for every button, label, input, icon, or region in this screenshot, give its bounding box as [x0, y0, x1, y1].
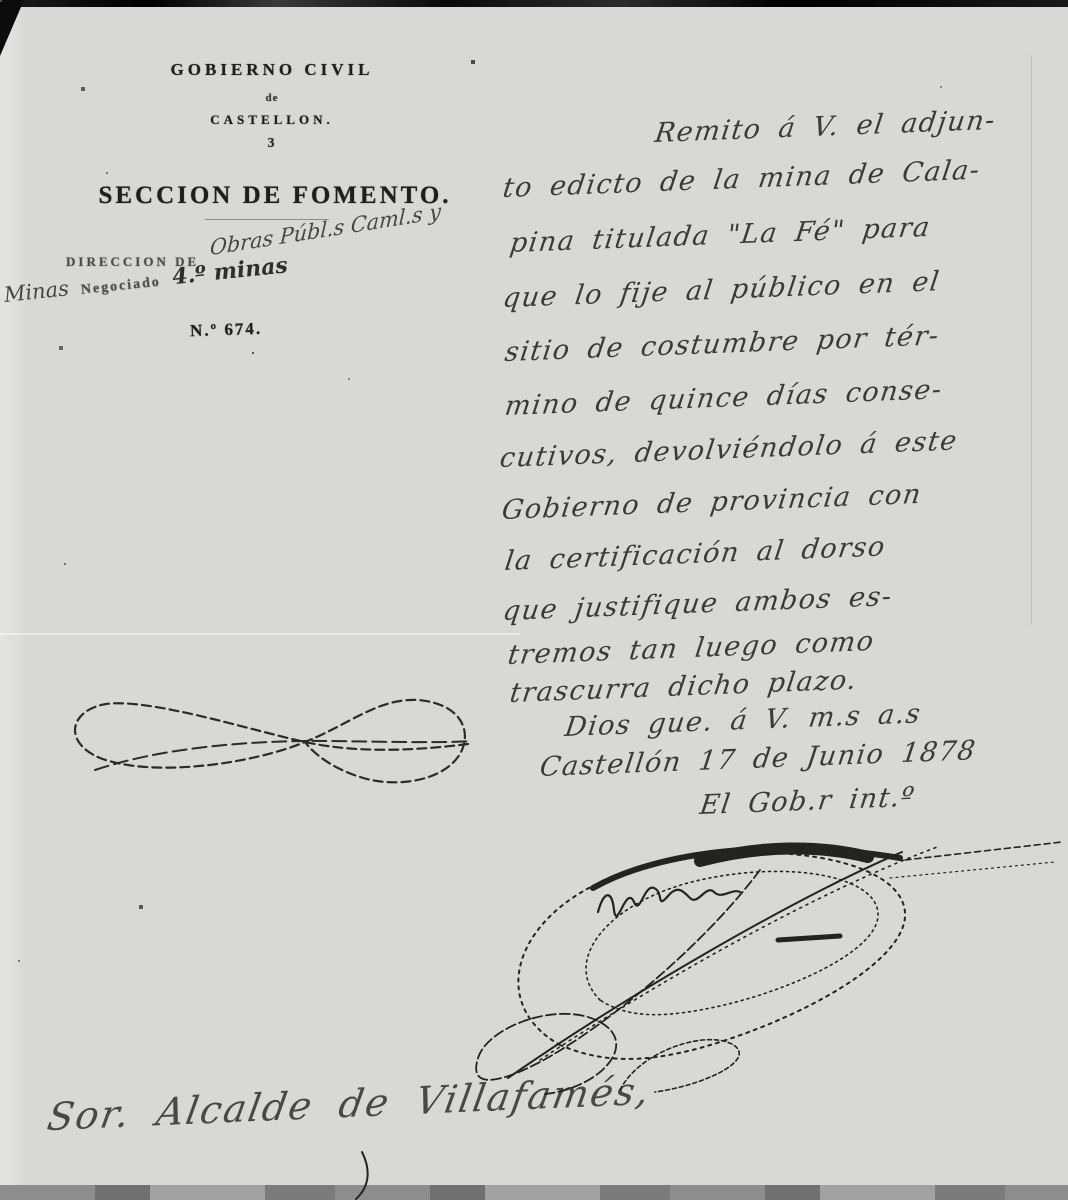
scanned-letter-page: GOBIERNO CIVIL de CASTELLON. 3 SECCION D…: [0, 0, 1068, 1200]
letterhead-org-line1: GOBIERNO CIVIL: [152, 60, 392, 80]
body-line: mino de quince días conse-: [503, 374, 945, 422]
body-line: Remito á V. el adjun-: [653, 105, 998, 149]
folded-corner: [0, 0, 24, 56]
body-line: cutivos, devolviéndolo á este: [498, 425, 960, 474]
addressee-line: Sor. Alcalde de Villafamés,: [44, 1069, 654, 1140]
page-edge-line: [1031, 55, 1032, 625]
reference-number: N.º 674.: [190, 319, 263, 342]
body-line: tremos tan luego como: [506, 626, 877, 671]
minas-handwritten: Minas: [3, 276, 70, 307]
closing-signer-title: El Gob.r int.º: [698, 782, 917, 821]
paper-specks: [0, 0, 2, 2]
governor-signature-flourish: [356, 842, 1062, 1199]
body-line: que lo fije al público en el: [501, 266, 942, 314]
body-line: to edicto de la mina de Cala-: [501, 155, 983, 205]
closing-dateline: Castellón 17 de Junio 1878: [538, 735, 978, 783]
negociado-label: Negociado: [80, 275, 161, 298]
body-line: Gobierno de provincia con: [500, 479, 924, 526]
closing-salutation: Dios gue. á V. m.s a.s: [563, 698, 924, 743]
paper-crease: [0, 633, 520, 635]
body-line: pina titulada "La Fé" para: [508, 212, 933, 259]
letterhead-org-line3: CASTELLON.: [152, 112, 392, 128]
letterhead-ornament: 3: [152, 136, 392, 152]
letterhead-org-line2: de: [152, 92, 392, 104]
scan-top-edge: [0, 0, 1068, 7]
body-line: que justifique ambos es-: [501, 581, 895, 627]
scan-bottom-edge: [0, 1185, 1068, 1200]
body-line: la certificación al dorso: [503, 531, 888, 577]
body-line: sitio de costumbre por tér-: [503, 320, 942, 368]
figure-eight-pen-flourish: [75, 700, 472, 782]
